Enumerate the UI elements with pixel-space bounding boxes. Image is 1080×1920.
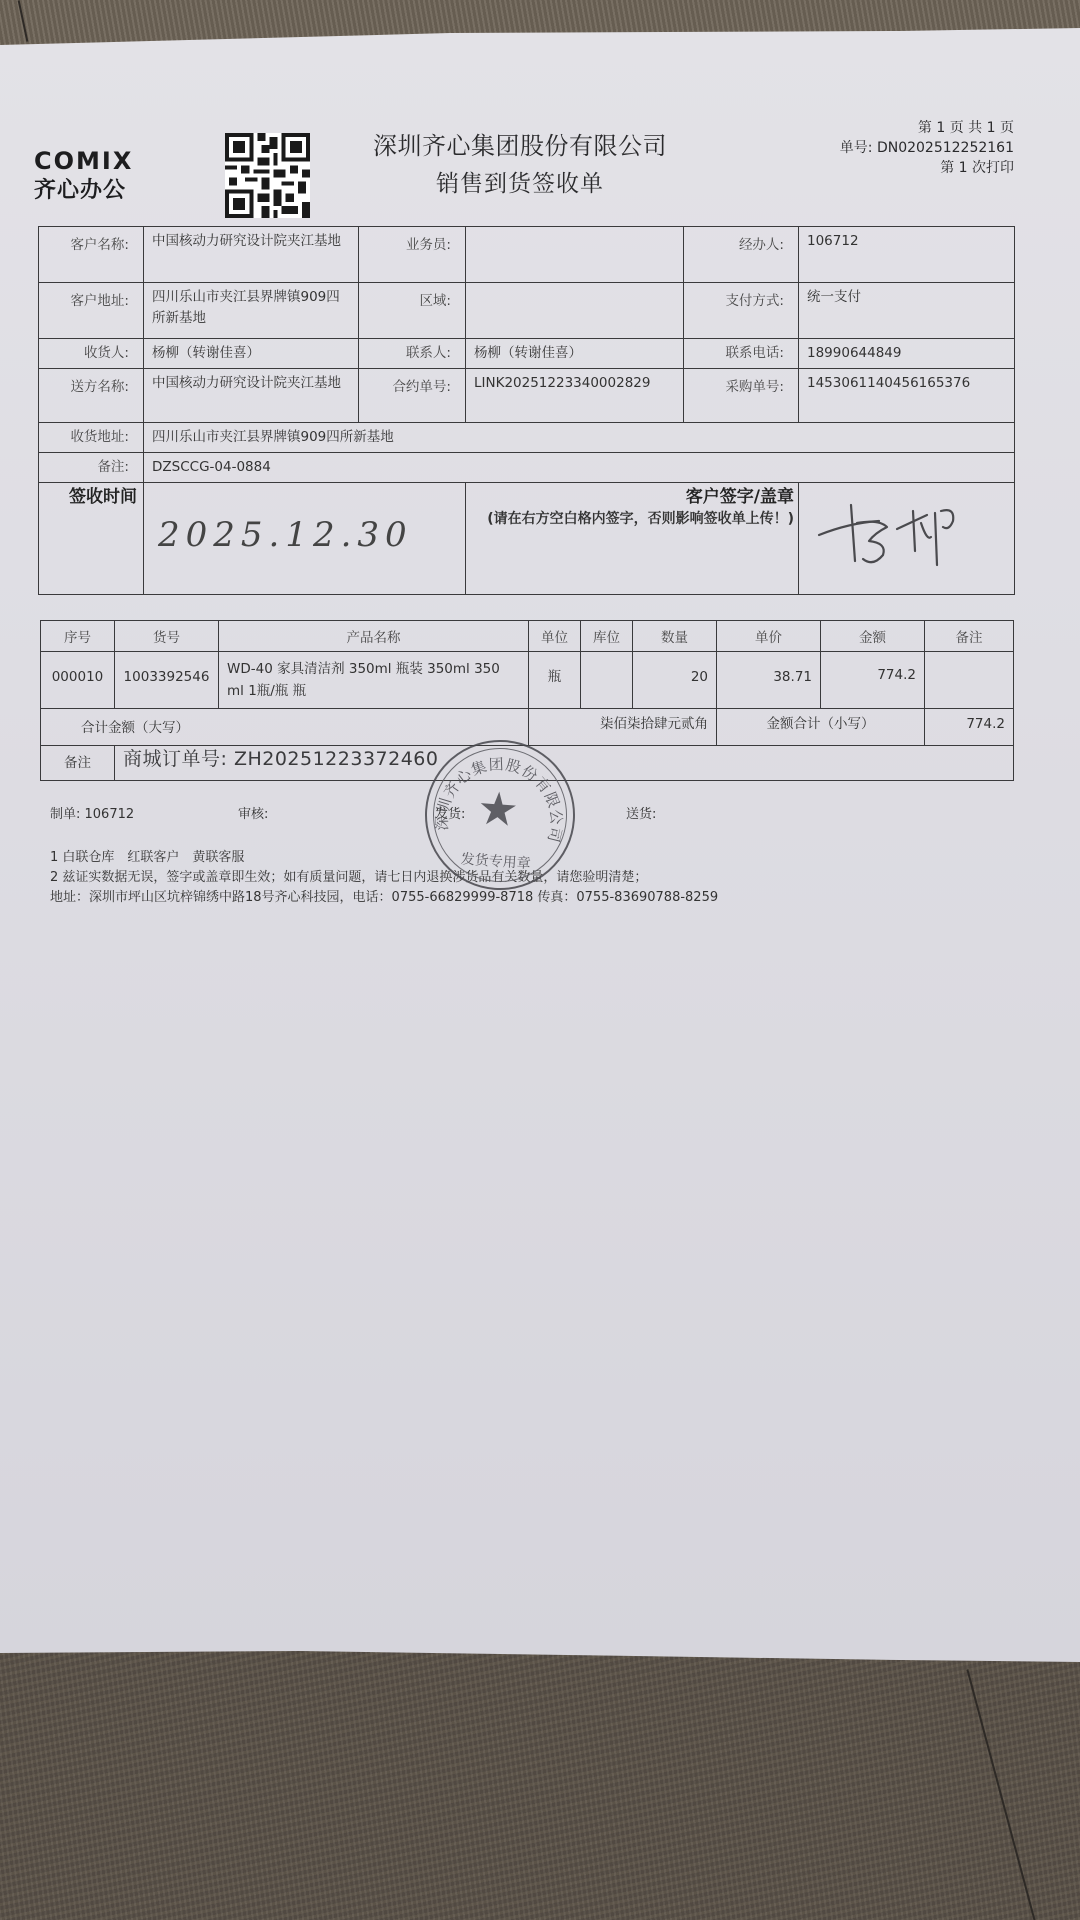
qr-code-icon [225,133,310,218]
document-title: 销售到货签收单 [330,165,710,198]
col-sku: 货号 [115,621,219,652]
row-unit-price: 38.71 [717,652,821,709]
customer-signature-box[interactable] [799,483,1015,595]
customer-name-label: 客户名称: [39,227,144,283]
maker-line: 制单: 106712 审核: 发货: 送货: [50,803,134,822]
row-sku: 1003392546 [115,652,219,709]
row-location [581,652,633,709]
row-amount: 774.2 [821,652,925,709]
sender-label: 送方名称: [39,369,144,423]
total-lower-label: 金额合计（小写） [717,709,925,746]
customer-info-table: 客户名称: 中国核动力研究设计院夹江基地 业务员: 经办人: 106712 客户… [38,226,1015,595]
handler-label: 经办人: [684,227,799,283]
region-label: 区域: [359,283,466,339]
review-label: 审核: [238,803,268,822]
phone: 18990644849 [799,339,1015,369]
row-unit: 瓶 [529,652,581,709]
purchase-number: 1453061140456165376 [799,369,1015,423]
row-remark [925,652,1014,709]
contract-number: LINK20251223340002829 [466,369,684,423]
document-meta: 第 1 页 共 1 页 单号: DN0202512252161 第 1 次打印 [840,118,1014,178]
goods-remark-label: 备注 [41,746,115,781]
region [466,283,684,339]
salesman-label: 业务员: [359,227,466,283]
print-count: 第 1 次打印 [840,158,1014,178]
row-seq: 000010 [41,652,115,709]
star-icon: ★ [476,784,520,833]
delivery-address: 四川乐山市夹江县界牌镇909四所新基地 [144,423,1015,453]
col-unit: 单位 [529,621,581,652]
copy-distribution-note: 1 白联仓库 红联客户 黄联客服 [50,846,244,865]
contract-label: 合约单号: [359,369,466,423]
contact: 杨柳（转谢佳喜） [466,339,684,369]
remark: DZSCCG-04-0884 [144,453,1015,483]
company-name: 深圳齐心集团股份有限公司 [330,126,710,161]
sender-name: 中国核动力研究设计院夹江基地 [144,369,359,423]
floor-tile-seam [966,1669,1035,1920]
total-upper-label: 合计金额（大写） [81,720,189,736]
col-product-name: 产品名称 [219,621,529,652]
receiver-label: 收货人: [39,339,144,369]
brand-name: COMIX [34,147,133,175]
col-seq: 序号 [41,621,115,652]
order-number: 单号: DN0202512252161 [840,138,1014,158]
payment-label: 支付方式: [684,283,799,339]
order-number-value: DN0202512252161 [877,140,1014,156]
customer-sign-instructions: 客户签字/盖章 (请在右方空白格内签字，否则影响签收单上传！) [466,483,799,595]
order-number-label: 单号: [840,140,873,156]
delivery-address-label: 收货地址: [39,423,144,453]
customer-sign-note: (请在右方空白格内签字，否则影响签收单上传！) [472,508,794,530]
goods-header-row: 序号 货号 产品名称 单位 库位 数量 单价 金额 备注 [41,621,1014,652]
signature-handwriting-icon [809,493,1009,583]
purchase-label: 采购单号: [684,369,799,423]
col-location: 库位 [581,621,633,652]
receiver: 杨柳（转谢佳喜） [144,339,359,369]
contact-label: 联系人: [359,339,466,369]
customer-name: 中国核动力研究设计院夹江基地 [144,227,359,283]
brand-name-cn: 齐心办公 [34,173,133,204]
sign-time-label: 签收时间 [39,483,144,595]
row-product-name: WD-40 家具清洁剂 350ml 瓶装 350ml 350 ml 1瓶/瓶 瓶 [219,652,529,709]
sign-time-handwritten: 2025.12.30 [158,515,413,555]
customer-sign-title: 客户签字/盖章 [472,487,794,508]
document-title-block: 深圳齐心集团股份有限公司 销售到货签收单 [330,126,710,198]
customer-address-label: 客户地址: [39,283,144,339]
col-amount: 金额 [821,621,925,652]
company-seal-stamp: 深圳齐心集团股份有限公司 发货专用章 ★ [420,735,580,895]
table-row: 000010 1003392546 WD-40 家具清洁剂 350ml 瓶装 3… [41,652,1014,709]
handler: 106712 [799,227,1015,283]
col-remark: 备注 [925,621,1014,652]
row-quantity: 20 [633,652,717,709]
deliver-label: 送货: [626,803,656,822]
sign-time-cell: 2025.12.30 [144,483,466,595]
page-info: 第 1 页 共 1 页 [840,118,1014,138]
stamp-sub-text: 发货专用章 [460,850,531,872]
customer-address: 四川乐山市夹江县界牌镇909四所新基地 [144,283,359,339]
company-address: 地址：深圳市坪山区坑梓锦绣中路18号齐心科技园，电话：0755-66829999… [50,886,718,905]
maker: 制单: 106712 [50,807,134,822]
total-lower: 774.2 [925,709,1014,746]
comix-logo: COMIX 齐心办公 [34,147,133,204]
col-unit-price: 单价 [717,621,821,652]
remark-label: 备注: [39,453,144,483]
total-upper: 柒佰柒拾肆元贰角 [529,709,717,746]
payment-method: 统一支付 [799,283,1015,339]
phone-label: 联系电话: [684,339,799,369]
col-quantity: 数量 [633,621,717,652]
salesman [466,227,684,283]
